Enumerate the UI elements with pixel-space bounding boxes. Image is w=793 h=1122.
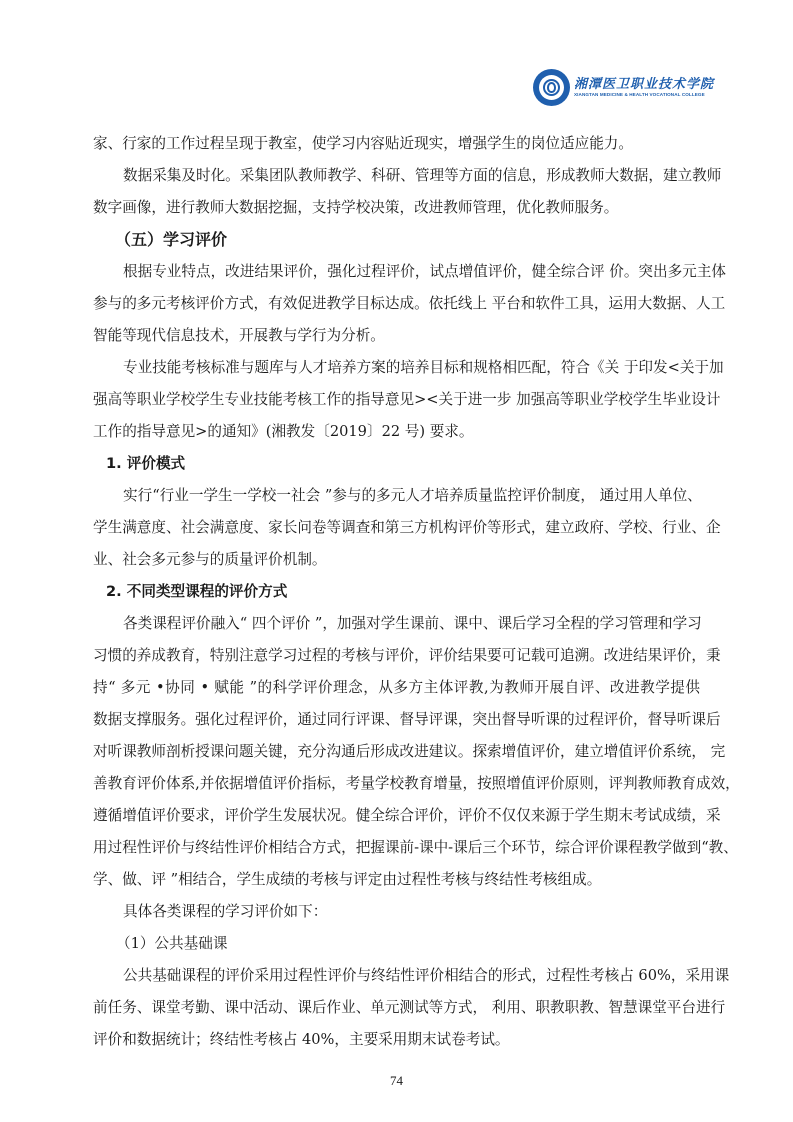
paragraph-line: 用过程性评价与终结性评价相结合方式，把握课前-课中-课后三个环节，综合评价课程教… [93, 832, 700, 864]
item-heading: （1）公共基础课 [93, 928, 700, 960]
subsection-heading: 1. 评价模式 [93, 448, 700, 480]
college-emblem-icon [533, 69, 570, 106]
paragraph-line: 专业技能考核标准与题库与人才培养方案的培养目标和规格相匹配，符合《关 于印发<关… [93, 352, 700, 384]
paragraph-line: 评价和数据统计；终结性考核占 40%，主要采用期末试卷考试。 [93, 1024, 700, 1056]
paragraph-line: 前任务、课堂考勤、课中活动、课后作业、单元测试等方式， 利用、职教职教、智慧课堂… [93, 992, 700, 1024]
paragraph-line: 持“ 多元 •协同 • 赋能 ”的科学评价理念，从多方主体评教,为教师开展自评、… [93, 672, 700, 704]
paragraph-line: 遵循增值评价要求，评价学生发展状况。健全综合评价，评价不仅仅来源于学生期末考试成… [93, 800, 700, 832]
paragraph-line: 家、行家的工作过程呈现于教室，使学习内容贴近现实，增强学生的岗位适应能力。 [93, 128, 700, 160]
paragraph-line: 学生满意度、社会满意度、家长问卷等调查和第三方机构评价等形式，建立政府、学校、行… [93, 512, 700, 544]
paragraph-line: 学、做、评 ”相结合，学生成绩的考核与评定由过程性考核与终结性考核组成。 [93, 864, 700, 896]
document-body: 家、行家的工作过程呈现于教室，使学习内容贴近现实，增强学生的岗位适应能力。 数据… [93, 128, 700, 1056]
paragraph-line: 根据专业特点，改进结果评价，强化过程评价，试点增值评价，健全综合评 价。突出多元… [93, 256, 700, 288]
paragraph-line: 实行“行业一学生一学校一社会 ”参与的多元人才培养质量监控评价制度， 通过用人单… [93, 480, 700, 512]
paragraph-line: 业、社会多元参与的质量评价机制。 [93, 544, 700, 576]
paragraph-line: 善教育评价体系,并依据增值评价指标，考量学校教育增量，按照增值评价原则，评判教师… [93, 768, 700, 800]
paragraph-line: 工作的指导意见>的通知》(湘教发〔2019〕22 号) 要求。 [93, 416, 700, 448]
paragraph-line: 具体各类课程的学习评价如下： [93, 896, 700, 928]
paragraph-line: 强高等职业学校学生专业技能考核工作的指导意见><关于进一步 加强高等职业学校学生… [93, 384, 700, 416]
paragraph-line: 公共基础课程的评价采用过程性评价与终结性评价相结合的形式，过程性考核占 60%，… [93, 960, 700, 992]
college-logo: 湘潭医卫职业技术学院 XIANGTAN MEDICINE & HEALTH VO… [533, 69, 693, 109]
paragraph-line: 习惯的养成教育，特别注意学习过程的考核与评价，评价结果要可记载可追溯。改进结果评… [93, 640, 700, 672]
paragraph-line: 对听课教师剖析授课问题关键，充分沟通后形成改进建议。探索增值评价，建立增值评价系… [93, 736, 700, 768]
page-number: 74 [0, 1073, 793, 1089]
subsection-heading: 2. 不同类型课程的评价方式 [93, 576, 700, 608]
paragraph-line: 数字画像，进行教师大数据挖掘，支持学校决策，改进教师管理，优化教师服务。 [93, 192, 700, 224]
paragraph-line: 智能等现代信息技术，开展教与学行为分析。 [93, 320, 700, 352]
paragraph-line: 各类课程评价融入“ 四个评价 ”，加强对学生课前、课中、课后学习全程的学习管理和… [93, 608, 700, 640]
section-heading: （五）学习评价 [93, 224, 700, 256]
college-name-en: XIANGTAN MEDICINE & HEALTH VOCATIONAL CO… [574, 92, 705, 97]
paragraph-line: 参与的多元考核评价方式，有效促进教学目标达成。依托线上 平台和软件工具，运用大数… [93, 288, 700, 320]
paragraph-line: 数据采集及时化。采集团队教师教学、科研、管理等方面的信息，形成教师大数据，建立教… [93, 160, 700, 192]
paragraph-line: 数据支撑服务。强化过程评价，通过同行评课、督导评课，突出督导听课的过程评价，督导… [93, 704, 700, 736]
college-name-cn: 湘潭医卫职业技术学院 [574, 73, 714, 92]
